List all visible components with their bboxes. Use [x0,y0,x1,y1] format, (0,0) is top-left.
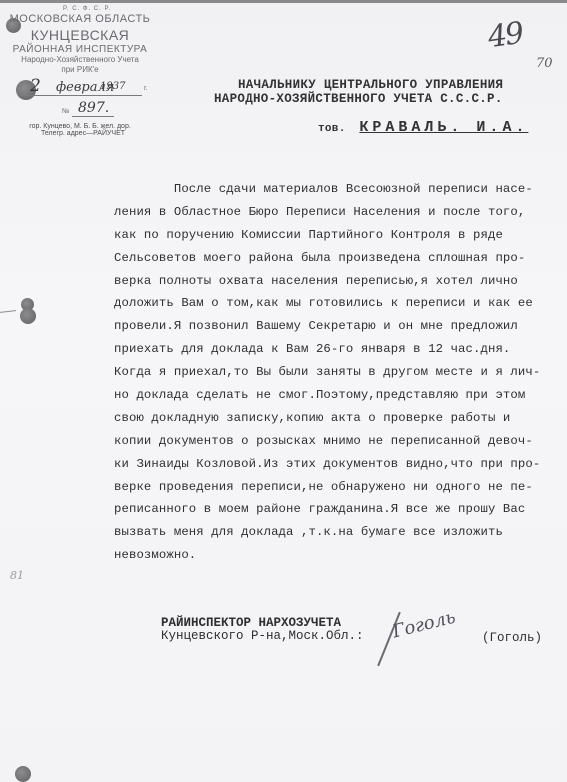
body-line: приехать для доклада к Вам 26-го января … [114,338,564,361]
stamp-district: КУНЦЕВСКАЯ [0,27,160,43]
archive-sheet-number: 49 [486,16,525,55]
body-line: но доклада сделать не смог.Поэтому,предс… [114,384,564,407]
institution-stamp: Р. С. Ф. С. Р. МОСКОВСКАЯ ОБЛАСТЬ КУНЦЕВ… [0,6,160,137]
letter-body: После сдачи материалов Всесоюзной перепи… [114,178,564,567]
punch-hole-middle-lower [20,308,36,324]
stamp-date: 2 февраля 1937 г. [0,82,160,100]
addressee-block: НАЧАЛЬНИКУ ЦЕНТРАЛЬНОГО УПРАВЛЕНИЯ НАРОД… [214,78,528,136]
archive-sheet-number-alt: 70 [536,56,553,71]
body-line: ки Зинаиды Козловой.Из этих документов в… [114,453,564,476]
margin-note: 81 [10,569,24,582]
stamp-inspectorate: РАЙОННАЯ ИНСПЕКТУРА [0,44,160,55]
date-suffix: г. [144,85,148,92]
margin-pencil-mark [0,310,16,314]
addressee-title: тов. [318,123,346,135]
stamp-under: при РИК'е [0,65,160,74]
addressee-name: КРАВАЛЬ. И.А. [359,119,528,136]
body-line: как по поручению Комиссии Партийного Кон… [114,224,564,247]
date-day: 2 [30,76,41,96]
body-line: верка полноты охвата населения переписью… [114,270,564,293]
signature-block: РАЙИНСПЕКТОР НАРХОЗУЧЕТА Кунцевского Р-н… [161,617,364,643]
addressee-line-2: НАРОДНО-ХОЗЯЙСТВЕННОГО УЧЕТА С.С.С.Р. [214,92,528,106]
stamp-telegraph: Телегр. адрес—РАЙУЧЕТ [6,130,160,137]
body-line: копии документов о розысках мнимо не пер… [114,430,564,453]
document-page: Р. С. Ф. С. Р. МОСКОВСКАЯ ОБЛАСТЬ КУНЦЕВ… [0,0,567,782]
date-year: 1937 [100,81,125,92]
stamp-oblast: МОСКОВСКАЯ ОБЛАСТЬ [0,13,160,25]
body-line: После сдачи материалов Всесоюзной перепи… [114,178,564,201]
number-label: № [62,108,70,115]
number-value: 897. [78,100,109,116]
body-line: вызвать меня для доклада ,т.к.на бумаге … [114,521,564,544]
body-line: свою докладную записку,копию акта о пров… [114,407,564,430]
body-line: доложить Вам о том,как мы готовились к п… [114,292,564,315]
addressee-recipient: тов. КРАВАЛЬ. И.А. [318,121,528,136]
stamp-number: № 897. [0,102,160,120]
stamp-dept: Народно-Хозяйственного Учета [0,55,160,64]
body-line: Когда я приехал,то Вы были заняты в друг… [114,361,564,384]
signer-name: (Гоголь) [482,631,542,645]
body-line: реписанного в моем районе гражданина.Я в… [114,498,564,521]
stamp-republic: Р. С. Ф. С. Р. [14,6,160,12]
body-line: верке проведения переписи,не обнаружено … [114,476,564,499]
addressee-line-1: НАЧАЛЬНИКУ ЦЕНТРАЛЬНОГО УПРАВЛЕНИЯ [238,78,528,92]
number-underline [72,116,114,117]
signer-district: Кунцевского Р-на,Моск.Обл.: [161,630,364,643]
body-line: провели.Я позвонил Вашему Секретарю и он… [114,315,564,338]
body-line: Сельсоветов моего района была произведен… [114,247,564,270]
stamp-address: гор. Кунцево, М. Б. Б. жел. дор. [0,123,160,130]
body-line: невозможно. [114,544,564,567]
page-top-edge [0,0,567,3]
body-line: ления в Областное Бюро Переписи Населени… [114,201,564,224]
punch-hole-bottom [15,766,31,782]
